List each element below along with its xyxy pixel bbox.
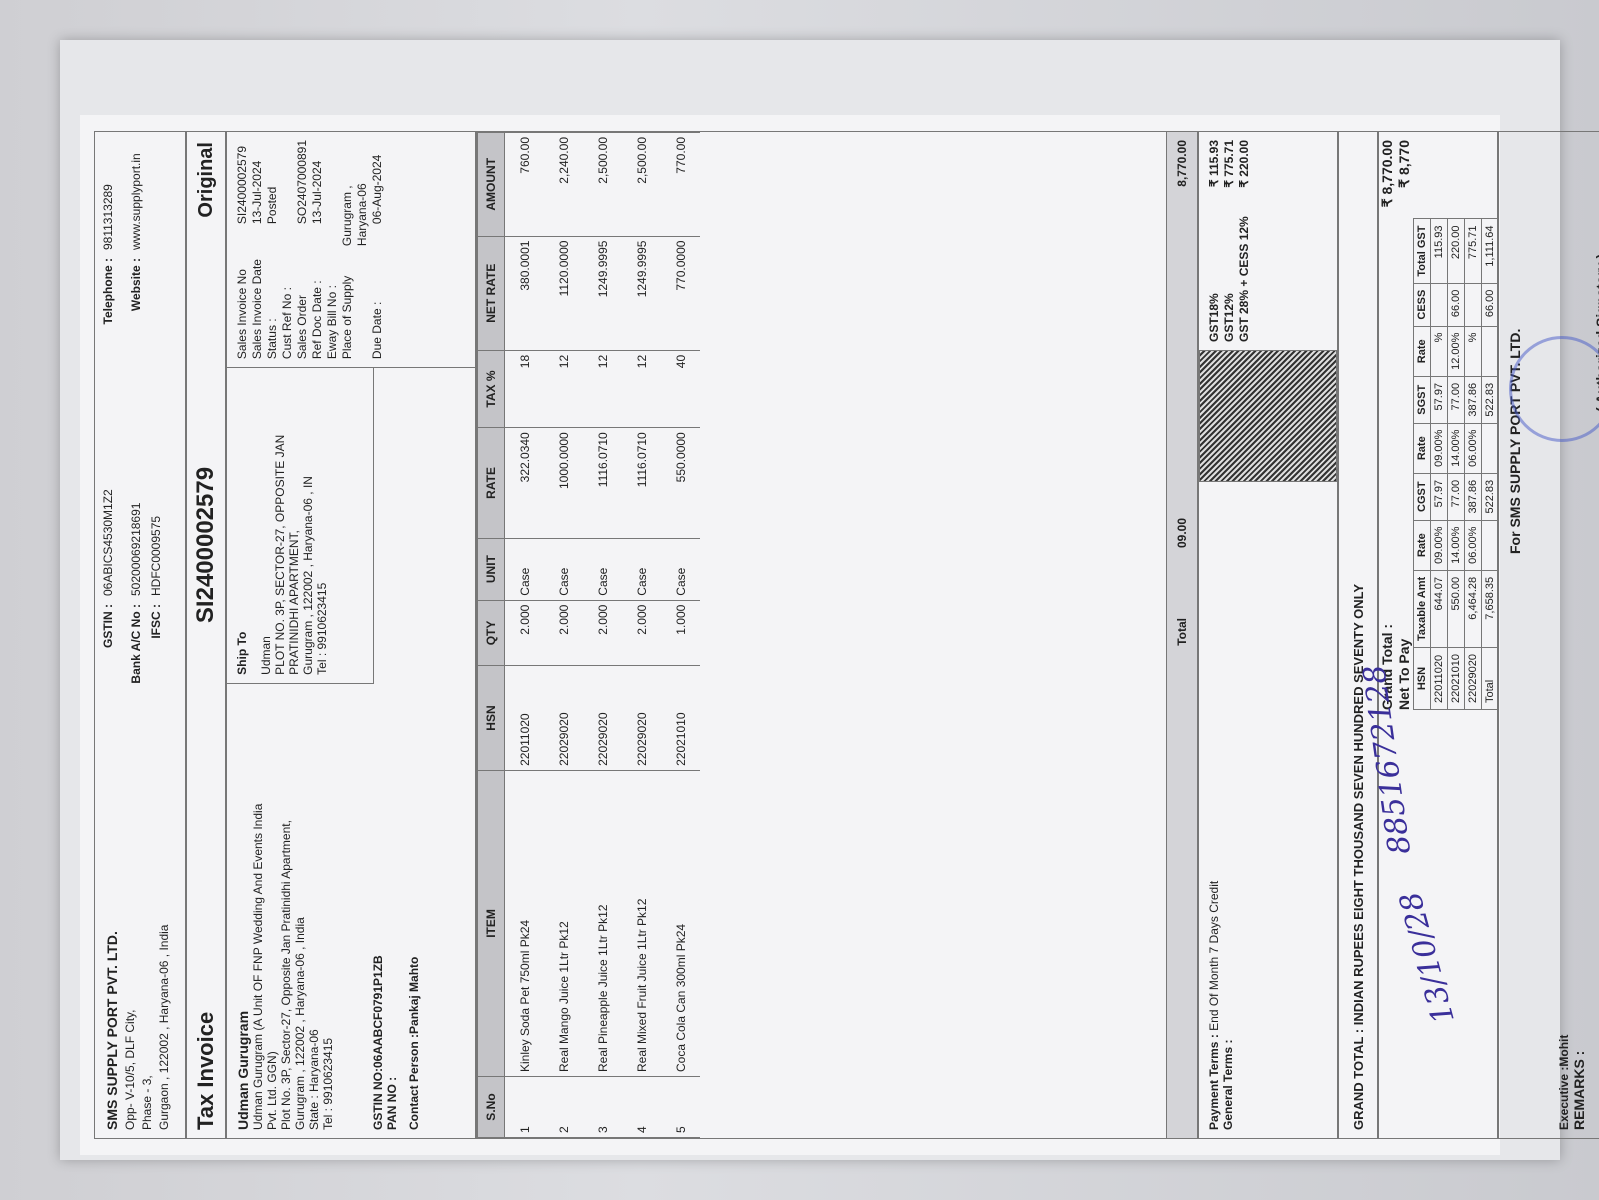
table-cell: Real Mango Juice 1Ltr Pk12 (544, 770, 583, 1076)
hsn-column-header: CGST (1414, 473, 1431, 520)
tax-value: ₹ 775.71 (1222, 140, 1237, 188)
bill-to-line-3: Plot No. 3P, Sector-27, Opposite Jan Pra… (279, 692, 293, 1130)
table-cell: Case (505, 538, 545, 600)
meta-key: Place of Supply (340, 246, 370, 359)
table-cell: 550.0000 (661, 428, 700, 538)
table-cell: Case (583, 538, 622, 600)
meta-key: Sales Invoice Date (250, 224, 265, 359)
table-cell: 770.00 (661, 133, 700, 237)
hsn-cell: 22029020 (1465, 648, 1482, 710)
table-cell: 22029020 (544, 666, 583, 771)
hsn-column-header: Taxable Amt (1414, 570, 1431, 647)
column-header: ITEM (478, 770, 505, 1076)
meta-row: Eway Bill No : (325, 140, 340, 359)
table-row: 1Kinley Soda Pet 750ml Pk24220110202.000… (505, 133, 545, 1138)
column-header: TAX % (478, 350, 505, 427)
table-cell: 1120.0000 (544, 236, 583, 350)
table-cell: 2.000 (544, 600, 583, 666)
meta-value: 13-Jul-2024 (250, 161, 265, 224)
table-cell: Case (661, 538, 700, 600)
table-cell: 1116.0710 (583, 428, 622, 538)
hsn-column-header: HSN (1414, 648, 1431, 710)
tax-row: GST 28% + CESS 12%₹ 220.00 (1237, 140, 1252, 342)
bill-to-line-2: Pvt. Ltd. GGN) (265, 692, 279, 1130)
meta-row: Sales Invoice Date13-Jul-2024 (250, 140, 265, 359)
hsn-row: 22021010550.0014.00%77.0014.00%77.0012.0… (1448, 219, 1465, 710)
table-cell: 12 (544, 350, 583, 427)
website-value: www.supplyport.in (129, 153, 143, 250)
footer-left: Executive :Mohit REMARKS : (1499, 562, 1599, 1138)
ship-to-label: Ship To (235, 376, 249, 675)
company-address-2: Phase - 3, (140, 710, 154, 1130)
hsn-row: 220290206,464.2806.00%387.8606.00%387.86… (1465, 219, 1482, 710)
table-row: 3Real Pineapple Juice 1Ltr Pk12220290202… (583, 133, 622, 1138)
remarks-label: REMARKS : (1571, 570, 1587, 1130)
hsn-cell: 57.97 (1431, 473, 1448, 520)
hsn-cell: 09.00% (1431, 423, 1448, 473)
hsn-cell: 522.83 (1482, 473, 1499, 520)
terms-section: Payment Terms : End Of Month 7 Days Cred… (1198, 131, 1338, 1139)
table-cell: 2,240.00 (544, 133, 583, 237)
copy-label: Original (195, 132, 218, 380)
hsn-cell: 77.00 (1448, 376, 1465, 423)
column-header: S.No (478, 1077, 505, 1138)
table-cell: Coca Cola Can 300ml Pk24 (661, 770, 700, 1076)
table-cell: 12 (583, 350, 622, 427)
tax-invoice-document: SMS SUPPLY PORT PVT. LTD. Opp- V-10/5, D… (80, 115, 1500, 1155)
table-cell: 2.000 (505, 600, 545, 666)
hsn-cell (1482, 423, 1499, 473)
table-cell: 322.0340 (505, 428, 545, 538)
meta-row: Place of SupplyGurugram , Haryana-06 (340, 140, 370, 359)
document-type: Tax Invoice (193, 710, 219, 1138)
hsn-column-header: Rate (1414, 520, 1431, 570)
hsn-cell: 66.00 (1448, 283, 1465, 326)
table-cell: 5 (661, 1077, 700, 1138)
hsn-cell: Total (1482, 648, 1499, 710)
meta-value: SI2400002579 (235, 146, 250, 224)
terms-block: Payment Terms : End Of Month 7 Days Cred… (1199, 482, 1337, 1138)
table-cell: 2,500.00 (583, 133, 622, 237)
general-terms-label: General Terms : (1221, 1040, 1235, 1130)
tax-label: GST18% (1207, 293, 1222, 342)
bill-to-state: State : Haryana-06 (307, 692, 321, 1130)
tax-row: GST12%₹ 775.71 (1222, 140, 1237, 342)
tax-value: ₹ 115.93 (1207, 140, 1222, 187)
meta-row: Sales OrderSO2407000891 (295, 140, 310, 359)
gst-summary-right: Grand Total :₹ 8,770.00 Net To Pay₹ 8,77… (1379, 132, 1497, 718)
hsn-cell: 66.00 (1482, 283, 1499, 326)
items-table: S.NoITEMHSNQTYUNITRATETAX %NET RATEAMOUN… (477, 132, 700, 1138)
payment-terms-value: End Of Month 7 Days Credit (1207, 881, 1221, 1031)
table-cell: 1 (505, 1077, 545, 1138)
table-cell: 2 (544, 1077, 583, 1138)
meta-value: Posted (265, 187, 280, 224)
meta-key: Sales Invoice No (235, 224, 250, 359)
hsn-cell: 1,111.64 (1482, 219, 1499, 283)
meta-row: Sales Invoice NoSI2400002579 (235, 140, 250, 359)
table-cell: 1249.9995 (583, 236, 622, 350)
hsn-cell: 550.00 (1448, 570, 1465, 647)
table-cell: Case (544, 538, 583, 600)
company-address-1: Opp- V-10/5, DLF City, (123, 710, 137, 1130)
telephone-value: 9811313289 (101, 184, 115, 250)
tax-breakdown: GST18%₹ 115.93GST12%₹ 775.71GST 28% + CE… (1199, 132, 1337, 350)
items-section: S.NoITEMHSNQTYUNITRATETAX %NET RATEAMOUN… (476, 131, 1198, 1139)
hsn-cell: 14.00% (1448, 423, 1465, 473)
hsn-cell: 57.97 (1431, 376, 1448, 423)
table-cell: Real Pineapple Juice 1Ltr Pk12 (583, 770, 622, 1076)
table-cell: 2.000 (622, 600, 661, 666)
bill-to-line-4: Gurugram , 122002 , Haryana-06 , India (293, 692, 307, 1130)
hsn-summary-table: HSNTaxable AmtRateCGSTRateSGSTRateCESSTo… (1413, 219, 1499, 711)
meta-key: Due Date : (370, 224, 385, 359)
hsn-cell: 22011020 (1431, 648, 1448, 710)
tax-row: GST18%₹ 115.93 (1207, 140, 1222, 342)
parties-section: Udman Gurugram Udman Gurugram (A Unit OF… (226, 131, 476, 1139)
net-pay-value: ₹ 8,770 (1396, 140, 1413, 188)
hsn-cell: 644.07 (1431, 570, 1448, 647)
hsn-cell (1465, 283, 1482, 326)
ship-to-name: Udman (259, 376, 273, 675)
net-pay-label: Net To Pay (1396, 639, 1413, 710)
gstin-value: 06ABICS4530M1Z2 (101, 489, 115, 596)
contact-person: Contact Person :Pankaj Mahto (407, 692, 421, 1130)
meta-value: 13-Jul-2024 (310, 161, 325, 224)
table-cell: 22029020 (583, 666, 622, 771)
hsn-cell: 387.86 (1465, 376, 1482, 423)
amount-in-words: GRAND TOTAL : INDIAN RUPEES EIGHT THOUSA… (1338, 131, 1378, 1139)
table-cell: 2,500.00 (622, 133, 661, 237)
table-cell: 40 (661, 350, 700, 427)
bill-to-pan: PAN NO : (385, 692, 399, 1130)
bill-to-tel: Tel : 9910623415 (321, 692, 335, 1130)
bank-block: GSTIN :06ABICS4530M1Z2 Bank A/C No :5020… (95, 356, 185, 702)
hsn-cell: 522.83 (1482, 376, 1499, 423)
meta-key: Ref Doc Date : (310, 224, 325, 359)
grand-total-value: ₹ 8,770.00 (1379, 140, 1396, 207)
column-header: HSN (478, 666, 505, 771)
ship-to-tel: Tel : 9910623415 (315, 376, 329, 675)
hsn-cell: 22021010 (1448, 648, 1465, 710)
hsn-cell: 06.00% (1465, 520, 1482, 570)
hsn-cell: 14.00% (1448, 520, 1465, 570)
meta-key: Eway Bill No : (325, 224, 340, 359)
total-qty: 09.00 (1175, 518, 1189, 598)
table-cell: 1000.0000 (544, 428, 583, 538)
signatory-block: For SMS SUPPLY PORT PVT. LTD. ( Authoriz… (1499, 132, 1599, 562)
table-row: 5Coca Cola Can 300ml Pk24220210101.000Ca… (661, 133, 700, 1138)
column-header: UNIT (478, 538, 505, 600)
table-cell: 18 (505, 350, 545, 427)
company-name: SMS SUPPLY PORT PVT. LTD. (104, 710, 120, 1130)
table-cell: Case (622, 538, 661, 600)
meta-row: Ref Doc Date :13-Jul-2024 (310, 140, 325, 359)
bank-label: Bank A/C No : (129, 604, 143, 694)
hsn-column-header: Total GST (1414, 219, 1431, 283)
hsn-column-header: SGST (1414, 376, 1431, 423)
column-header: RATE (478, 428, 505, 538)
hsn-cell: 09.00% (1431, 520, 1448, 570)
title-bar: Tax Invoice SI2400002579 Original (186, 131, 226, 1139)
column-header: AMOUNT (478, 133, 505, 237)
table-cell: 4 (622, 1077, 661, 1138)
meta-row: Cust Ref No : (280, 140, 295, 359)
ship-to-block: Ship To Udman PLOT NO. 3P, SECTOR-27, OP… (227, 368, 374, 684)
tax-label: GST12% (1222, 293, 1237, 342)
hsn-cell: % (1431, 326, 1448, 376)
bill-to-gstin: GSTIN NO:06AABCF0791P1ZB (371, 692, 385, 1130)
table-row: 2Real Mango Juice 1Ltr Pk12220290202.000… (544, 133, 583, 1138)
meta-row: Status :Posted (265, 140, 280, 359)
table-cell: 3 (583, 1077, 622, 1138)
meta-key: Status : (265, 224, 280, 359)
authorized-signatory: ( Authorized Signatory ) (1593, 254, 1599, 412)
hsn-column-header: Rate (1414, 423, 1431, 473)
meta-key: Sales Order (295, 224, 310, 359)
hsn-cell (1482, 326, 1499, 376)
gstin-label: GSTIN : (101, 604, 115, 694)
table-cell: 12 (622, 350, 661, 427)
invoice-meta: Sales Invoice NoSI2400002579Sales Invoic… (227, 132, 475, 368)
hsn-column-header: CESS (1414, 283, 1431, 326)
bill-to-name: Udman Gurugram (235, 692, 251, 1130)
meta-row: Due Date :06-Aug-2024 (370, 140, 385, 359)
table-cell: 22021010 (661, 666, 700, 771)
hsn-cell: 387.86 (1465, 473, 1482, 520)
column-header: NET RATE (478, 236, 505, 350)
hsn-cell: 7,658.35 (1482, 570, 1499, 647)
payment-terms-label: Payment Terms : (1207, 1034, 1221, 1130)
bill-to-block: Udman Gurugram Udman Gurugram (A Unit OF… (227, 684, 475, 1138)
bill-to-line-1: Udman Gurugram (A Unit OF FNP Wedding An… (251, 692, 265, 1130)
company-block: SMS SUPPLY PORT PVT. LTD. Opp- V-10/5, D… (95, 702, 185, 1138)
hsn-cell: % (1465, 326, 1482, 376)
table-row: 4Real Mixed Fruit Juice 1Ltr Pk122202902… (622, 133, 661, 1138)
for-company: For SMS SUPPLY PORT PVT. LTD. (1499, 132, 1531, 562)
website-label: Website : (129, 258, 143, 348)
table-cell: 770.0000 (661, 236, 700, 350)
table-cell: 1.000 (661, 600, 700, 666)
ifsc-label: IFSC : (149, 604, 163, 694)
tax-value: ₹ 220.00 (1237, 140, 1252, 188)
hsn-cell: 6,464.28 (1465, 570, 1482, 647)
meta-key: Cust Ref No : (280, 224, 295, 359)
table-cell: Real Mixed Fruit Juice 1Ltr Pk12 (622, 770, 661, 1076)
hsn-cell: 775.71 (1465, 219, 1482, 283)
hsn-cell: 115.93 (1431, 219, 1448, 283)
ship-to-line-2: Gurugram , 122002 , Haryana-06 , IN (301, 376, 315, 675)
total-label: Total (1175, 598, 1189, 1138)
qr-code (1199, 350, 1337, 482)
table-cell: 1249.9995 (622, 236, 661, 350)
bank-value: 50200069218691 (129, 503, 143, 596)
executive: Executive :Mohit (1557, 570, 1571, 1130)
invoice-number-title: SI2400002579 (192, 380, 220, 710)
tax-label: GST 28% + CESS 12% (1237, 216, 1252, 342)
total-amount: 8,770.00 (1175, 132, 1189, 518)
hsn-cell: 77.00 (1448, 473, 1465, 520)
hsn-total-row: Total7,658.35522.83522.8366.001,111.64 (1482, 219, 1499, 710)
hsn-cell: 220.00 (1448, 219, 1465, 283)
table-cell: 760.00 (505, 133, 545, 237)
contact-block: Telephone :9811313289 Website :www.suppl… (95, 132, 185, 356)
column-header: QTY (478, 600, 505, 666)
table-cell: 2.000 (583, 600, 622, 666)
table-cell: 1116.0710 (622, 428, 661, 538)
meta-value: SO2407000891 (295, 140, 310, 224)
hsn-cell: 06.00% (1465, 423, 1482, 473)
telephone-label: Telephone : (101, 258, 115, 348)
hsn-column-header: Rate (1414, 326, 1431, 376)
table-cell: 22029020 (622, 666, 661, 771)
meta-value: 06-Aug-2024 (370, 155, 385, 224)
table-cell: 380.0001 (505, 236, 545, 350)
hsn-cell (1482, 520, 1499, 570)
hsn-cell (1431, 283, 1448, 326)
items-total-row: Total 09.00 8,770.00 (1166, 132, 1197, 1138)
ship-to-line-1: PLOT NO. 3P, SECTOR-27, OPPOSITE JAN PRA… (273, 376, 301, 675)
hsn-row: 22011020644.0709.00%57.9709.00%57.97%115… (1431, 219, 1448, 710)
table-cell: Kinley Soda Pet 750ml Pk24 (505, 770, 545, 1076)
company-address-3: Gurgaon , 122002 , Haryana-06 , India (157, 710, 171, 1130)
invoice-header: SMS SUPPLY PORT PVT. LTD. Opp- V-10/5, D… (94, 131, 186, 1139)
meta-value: Gurugram , Haryana-06 (340, 140, 370, 246)
ifsc-value: HDFC0009575 (149, 516, 163, 596)
table-cell: 22011020 (505, 666, 545, 771)
footer-section: Executive :Mohit REMARKS : For SMS SUPPL… (1498, 131, 1599, 1139)
hsn-cell: 12.00% (1448, 326, 1465, 376)
